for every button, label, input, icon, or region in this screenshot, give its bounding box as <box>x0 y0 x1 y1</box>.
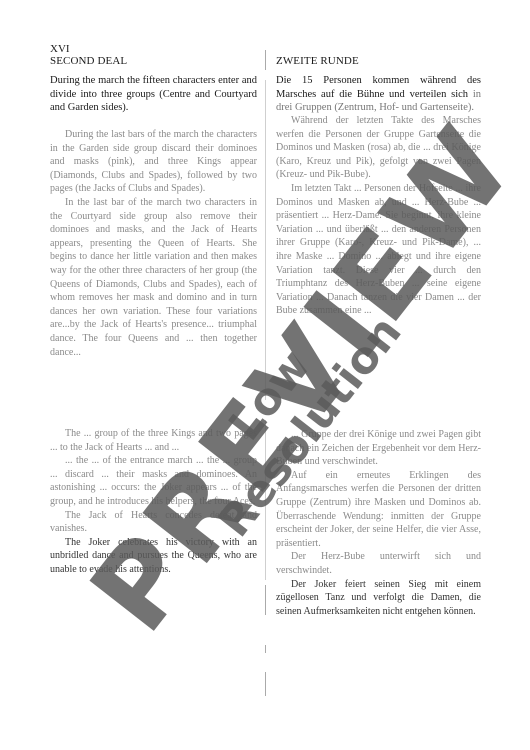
column-divider <box>265 585 266 615</box>
paragraph: During the last bars of the march the ch… <box>50 128 257 196</box>
paragraph: Der Herz-Bube unterwirft sich und versch… <box>276 550 481 577</box>
column-divider <box>265 645 266 653</box>
heading-german: ZWEITE RUNDE <box>276 55 359 67</box>
document-page: XVI SECOND DEAL ZWEITE RUNDE During the … <box>0 0 530 750</box>
body-english-upper: During the last bars of the march the ch… <box>50 128 257 359</box>
section-number: XVI <box>50 43 70 55</box>
body-english-lower: The ... group of the three Kings and two… <box>50 427 257 577</box>
heading-english: SECOND DEAL <box>50 55 127 67</box>
paragraph: Auf ein erneutes Erklingen des Anfangsma… <box>276 469 481 551</box>
column-divider <box>265 672 266 696</box>
body-german-upper: Während der letzten Takte des Marsches w… <box>276 114 481 318</box>
paragraph: The Jack of Hearts concedes defeat and v… <box>50 509 257 536</box>
paragraph: ... the ... of the entrance march ... th… <box>50 454 257 508</box>
paragraph: The Joker celebrates his victory with an… <box>50 536 257 577</box>
summary-german: Die 15 Personen kommen während des Marsc… <box>276 74 481 115</box>
paragraph: The ... group of the three Kings and two… <box>50 427 257 454</box>
paragraph: Im letzten Takt ... Personen der Hofseit… <box>276 182 481 318</box>
summary-english: During the march the fifteen characters … <box>50 74 257 115</box>
body-german-lower: ... Gruppe der drei Könige und zwei Page… <box>276 428 481 618</box>
column-divider <box>265 50 266 70</box>
paragraph: In the last bar of the march two charact… <box>50 196 257 359</box>
paragraph: ... Gruppe der drei Könige und zwei Page… <box>276 428 481 469</box>
column-divider <box>265 420 266 580</box>
paragraph: Der Joker feiert seinen Sieg mit einem z… <box>276 578 481 619</box>
summary-german-bold: Die 15 Personen kommen während des Marsc… <box>276 75 481 100</box>
column-divider <box>265 80 266 400</box>
paragraph: Während der letzten Takte des Marsches w… <box>276 114 481 182</box>
